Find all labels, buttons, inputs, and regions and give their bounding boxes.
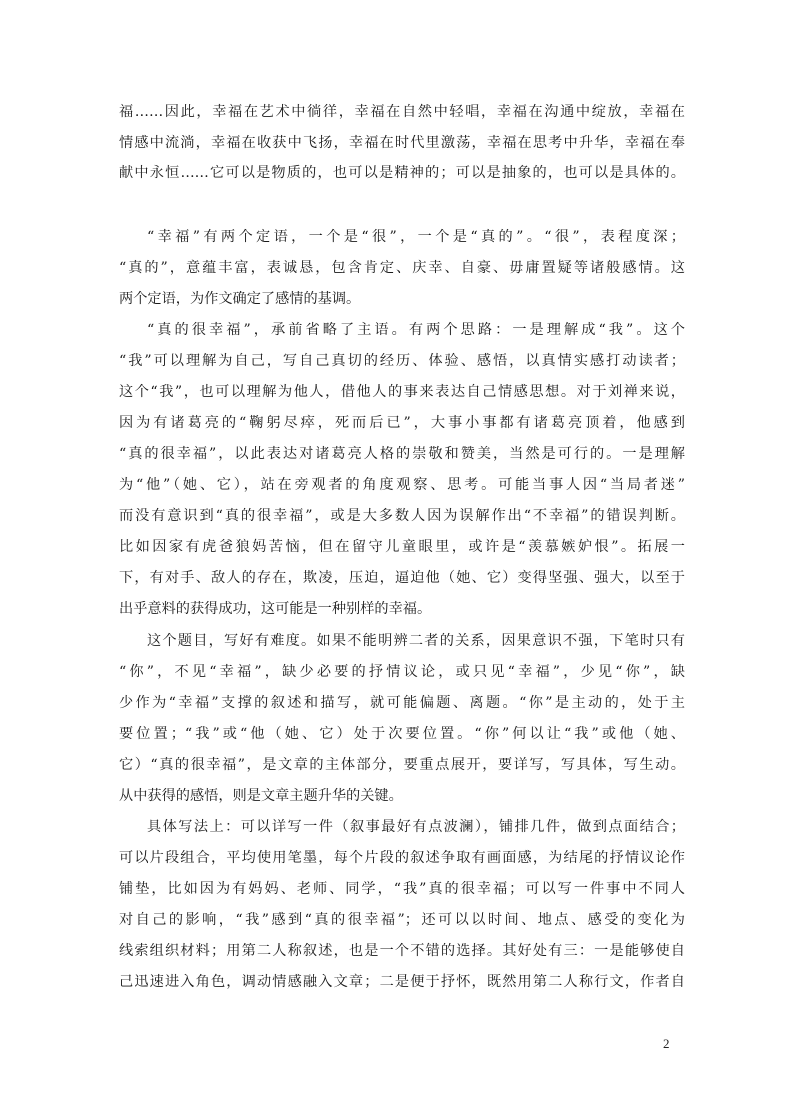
text-line: “你”，不见“幸福”，缺少必要的抒情议论，或只见“幸福”，少见“你”，缺 (119, 661, 685, 683)
text-line: 少作为“幸福”支撑的叙述和描写，就可能偏题、离题。“你”是主动的，处于主 (119, 692, 685, 714)
text-line: 从中获得的感悟，则是文章主题升华的关键。 (119, 785, 685, 807)
text-line: 它）“真的很幸福”，是文章的主体部分，要重点展开，要详写，写具体，写生动。 (119, 754, 685, 776)
page-number: 2 (663, 1036, 670, 1052)
text-line: 可以片段组合，平均使用笔墨，每个片段的叙述争取有画面感，为结尾的抒情议论作 (119, 847, 685, 869)
text-line: 线索组织材料；用第二人称叙述，也是一个不错的选择。其好处有三：一是能够使自 (119, 940, 685, 962)
text-line: 为“他”（她、它），站在旁观者的角度观察、思考。可能当事人因“当局者迷” (119, 474, 685, 496)
text-line: 出乎意料的获得成功，这可能是一种别样的幸福。 (119, 598, 685, 620)
text-line: 比如因家有虎爸狼妈苦恼，但在留守儿童眼里，或许是“羡慕嫉妒恨”。拓展一 (119, 536, 685, 558)
text-line: 己迅速进入角色，调动情感融入文章；二是便于抒怀，既然用第二人称行文，作者自 (119, 971, 685, 993)
text-line: 情感中流淌，幸福在收获中飞扬，幸福在时代里激荡，幸福在思考中升华，幸福在奉 (119, 132, 685, 154)
text-line: 对自己的影响，“我”感到“真的很幸福”；还可以以时间、地点、感受的变化为 (119, 909, 685, 931)
text-line: 两个定语，为作文确定了感情的基调。 (119, 288, 685, 310)
text-line: 要位置；“我”或“他（她、它）处于次要位置。“你”何以让“我”或他（她、 (119, 723, 685, 745)
text-line: “幸福”有两个定语，一个是“很”，一个是“真的”。“很”，表程度深； (147, 226, 685, 248)
text-line: “我”可以理解为自己，写自己真切的经历、体验、感悟，以真情实感打动读者； (119, 350, 685, 372)
text-line: 福……因此，幸福在艺术中徜徉，幸福在自然中轻唱，幸福在沟通中绽放，幸福在 (119, 101, 685, 123)
text-line: 具体写法上：可以详写一件（叙事最好有点波澜），铺排几件，做到点面结合； (147, 816, 685, 838)
text-line: 而没有意识到“真的很幸福”，或是大多数人因为误解作出“不幸福”的错误判断。 (119, 505, 685, 527)
text-line: 献中永恒……它可以是物质的，也可以是精神的；可以是抽象的，也可以是具体的。 (119, 162, 685, 184)
text-line: 因为有诸葛亮的“鞠躬尽瘁，死而后已”，大事小事都有诸葛亮顶着，他感到 (119, 412, 685, 434)
text-line: 铺垫，比如因为有妈妈、老师、同学，“我”真的很幸福；可以写一件事中不同人 (119, 878, 685, 900)
text-line: “真的很幸福”，以此表达对诸葛亮人格的崇敬和赞美，当然是可行的。一是理解 (119, 443, 685, 465)
text-line: “真的很幸福”，承前省略了主语。有两个思路：一是理解成“我”。这个 (147, 319, 685, 341)
text-line: 这个“我”，也可以理解为他人，借他人的事来表达自己情感思想。对于刘禅来说， (119, 381, 685, 403)
text-line: “真的”，意蕴丰富，表诚恳，包含肯定、庆幸、自豪、毋庸置疑等诸般感情。这 (119, 257, 685, 279)
text-line: 下，有对手、敌人的存在，欺凌，压迫，逼迫他（她、它）变得坚强、强大，以至于 (119, 567, 685, 589)
text-line: 这个题目，写好有难度。如果不能明辨二者的关系，因果意识不强，下笔时只有 (147, 630, 685, 652)
document-page: 福……因此，幸福在艺术中徜徉，幸福在自然中轻唱，幸福在沟通中绽放，幸福在情感中流… (0, 0, 792, 1120)
